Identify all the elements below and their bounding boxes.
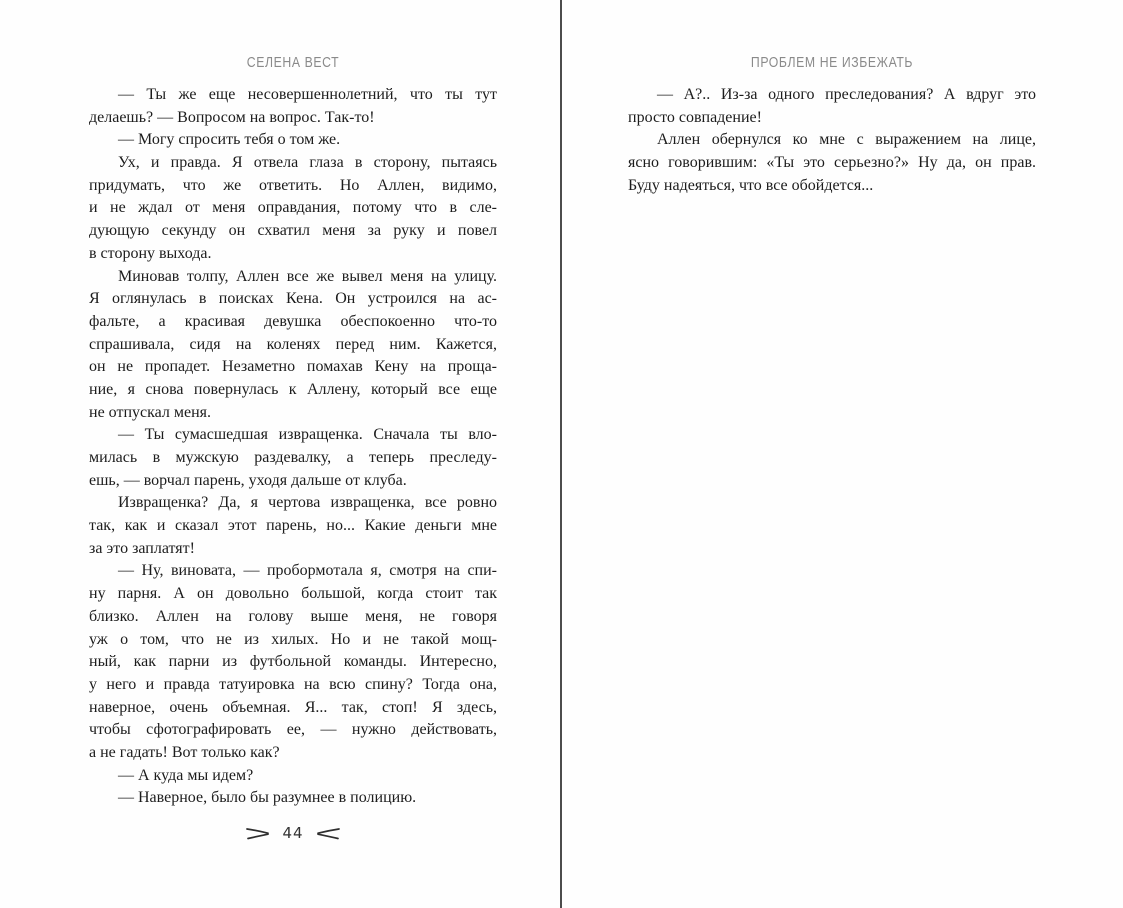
paragraph: Миновав толпу, Аллен все же вывел меня н… <box>89 266 497 425</box>
text-line: и не ждал от меня оправдания, потому что… <box>89 197 497 220</box>
paragraph: — А куда мы идем? <box>89 765 497 788</box>
text-line: Извращенка? Да, я чертова извращенка, вс… <box>89 492 497 515</box>
text-line: Буду надеяться, что все обойдется... <box>628 175 1036 198</box>
text-line: за это заплатят! <box>89 538 497 561</box>
text-line: Я оглянулась в поисках Кена. Он устроилс… <box>89 288 497 311</box>
text-line: ешь, — ворчал парень, уходя дальше от кл… <box>89 470 497 493</box>
text-line: ный, как парни из футбольной команды. Ин… <box>89 651 497 674</box>
arrow-flourish-left-icon <box>316 826 340 841</box>
running-head-author: СЕЛЕНА ВЕСТ <box>93 54 493 75</box>
right-page-body: — А?.. Из-за одного преследования? А вдр… <box>628 84 1036 197</box>
text-line: он не пропадет. Незаметно помахав Кену н… <box>89 356 497 379</box>
text-line: — А куда мы идем? <box>89 765 497 788</box>
text-line: так, как и сказал этот парень, но... Как… <box>89 515 497 538</box>
text-line: — Ну, виновата, — пробормотала я, смотря… <box>89 560 497 583</box>
paragraph: — Ты сумасшедшая извращенка. Сначала ты … <box>89 424 497 492</box>
text-line: наверное, очень объемная. Я... так, стоп… <box>89 697 497 720</box>
text-line: а не гадать! Вот только как? <box>89 742 497 765</box>
text-line: ясно говорившим: «Ты это серьезно?» Ну д… <box>628 152 1036 175</box>
page-number: 44 <box>282 824 303 842</box>
text-line: дующую секунду он схватил меня за руку и… <box>89 220 497 243</box>
paragraph: Аллен обернулся ко мне с выражением на л… <box>628 129 1036 197</box>
paragraph: — Наверное, было бы разумнее в полицию. <box>89 787 497 810</box>
text-line: — А?.. Из-за одного преследования? А вдр… <box>628 84 1036 107</box>
paragraph: — Ты же еще несовершеннолетний, что ты т… <box>89 84 497 129</box>
book-spread: СЕЛЕНА ВЕСТ ПРОБЛЕМ НЕ ИЗБЕЖАТЬ — Ты же … <box>0 0 1123 908</box>
text-line: Миновав толпу, Аллен все же вывел меня н… <box>89 266 497 289</box>
text-line: близко. Аллен на голову выше меня, не го… <box>89 606 497 629</box>
paragraph: Ух, и правда. Я отвела глаза в сторону, … <box>89 152 497 265</box>
paragraph: Извращенка? Да, я чертова извращенка, вс… <box>89 492 497 560</box>
text-line: не отпускал меня. <box>89 402 497 425</box>
text-line: — Наверное, было бы разумнее в полицию. <box>89 787 497 810</box>
text-line: спрашивала, сидя на коленях перед ним. К… <box>89 334 497 357</box>
text-line: милась в мужскую раздевалку, а теперь пр… <box>89 447 497 470</box>
text-line: Ух, и правда. Я отвела глаза в сторону, … <box>89 152 497 175</box>
text-line: уж о том, что не из хилых. Но и не такой… <box>89 629 497 652</box>
text-line: чтобы сфотографировать ее, — нужно дейст… <box>89 719 497 742</box>
text-line: ние, я снова повернулась к Аллену, котор… <box>89 379 497 402</box>
arrow-flourish-right-icon <box>246 826 270 841</box>
text-line: фальте, а красивая девушка обеспокоенно … <box>89 311 497 334</box>
page-gutter-divider <box>560 0 562 908</box>
text-line: просто совпадение! <box>628 107 1036 130</box>
text-line: Аллен обернулся ко мне с выражением на л… <box>628 129 1036 152</box>
text-line: — Ты сумасшедшая извращенка. Сначала ты … <box>89 424 497 447</box>
text-line: делаешь? — Вопросом на вопрос. Так-то! <box>89 107 497 130</box>
paragraph: — Могу спросить тебя о том же. <box>89 129 497 152</box>
text-line: в сторону выхода. <box>89 243 497 266</box>
paragraph: — Ну, виновата, — пробормотала я, смотря… <box>89 560 497 764</box>
text-line: придумать, что же ответить. Но Аллен, ви… <box>89 175 497 198</box>
text-line: ну парня. А он довольно большой, когда с… <box>89 583 497 606</box>
left-page-body: — Ты же еще несовершеннолетний, что ты т… <box>89 84 497 810</box>
text-line: у него и правда татуировка на всю спину?… <box>89 674 497 697</box>
paragraph: — А?.. Из-за одного преследования? А вдр… <box>628 84 1036 129</box>
text-line: — Могу спросить тебя о том же. <box>89 129 497 152</box>
text-line: — Ты же еще несовершеннолетний, что ты т… <box>89 84 497 107</box>
page-number-row: 44 <box>89 820 497 846</box>
running-head-title: ПРОБЛЕМ НЕ ИЗБЕЖАТЬ <box>632 54 1032 75</box>
